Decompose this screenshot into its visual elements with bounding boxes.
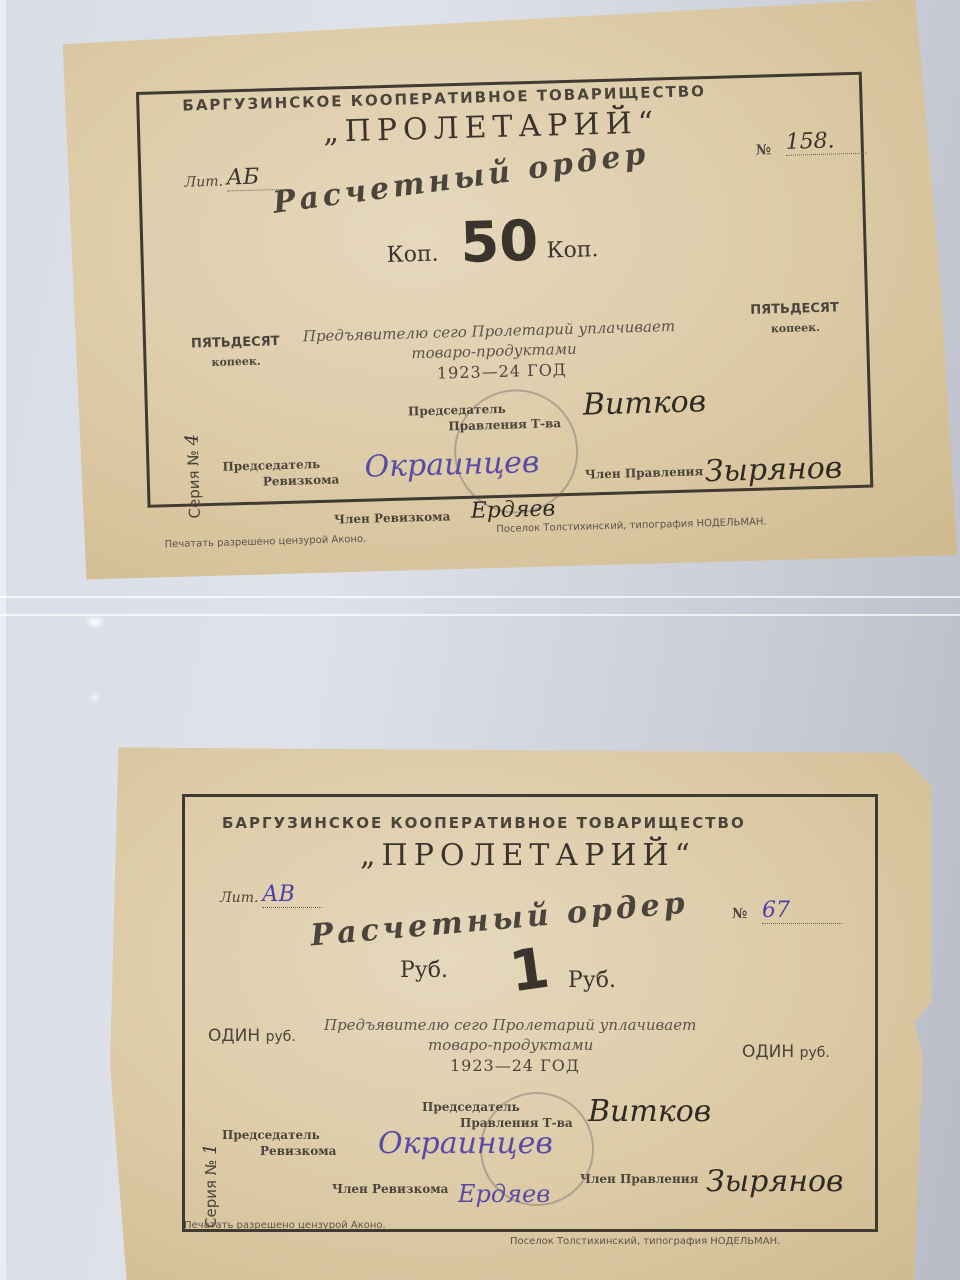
amount-words-left: ОДИН руб.: [208, 1026, 296, 1046]
signature-chairman-board: Витков: [582, 384, 706, 422]
promise-text-line1: Предъявителю сего Пролетарий уплачивает: [324, 1016, 696, 1034]
series-label-text: Серия №: [184, 450, 204, 519]
lit-label: Лит.: [220, 890, 258, 906]
promise-text-line2: товаро-продуктами: [428, 1036, 593, 1054]
amount-unit-right: руб.: [800, 1045, 830, 1061]
denomination-unit-left: Руб.: [400, 958, 448, 983]
lit-label: Лит.: [184, 174, 223, 191]
signature-board-member: Зырянов: [706, 1164, 843, 1199]
denomination-unit-right: Руб.: [568, 968, 616, 993]
audit-member-label: Член Ревизкома: [332, 1182, 448, 1196]
year: 1923—24 ГОД: [437, 360, 567, 383]
amount-words-left-text: ОДИН: [208, 1026, 260, 1046]
amount-words-right-text: ОДИН: [742, 1042, 794, 1062]
signature-chairman-audit: Окраинцев: [378, 1126, 553, 1161]
signature-board-member: Зырянов: [704, 450, 842, 489]
series-value: 4: [182, 434, 203, 446]
number-label: №: [756, 142, 772, 158]
censor-note: Печатать разрешено цензурой Аконо.: [184, 1220, 386, 1231]
serial-number: 158.: [785, 128, 866, 156]
chairman-audit-label-2: Ревизкома: [260, 1144, 336, 1158]
amount-words-left: ПЯТЬДЕСЯТ: [191, 334, 280, 351]
series-value: 1: [200, 1143, 221, 1154]
year: 1923—24 ГОД: [450, 1056, 580, 1075]
board-member-label: Член Правления: [580, 1172, 699, 1186]
denomination-unit-left: Коп.: [386, 242, 439, 268]
series-label-text: Серия №: [202, 1160, 220, 1228]
amount-words-right: ПЯТЬДЕСЯТ: [750, 300, 839, 317]
number-label: №: [732, 906, 747, 922]
light-glare: [88, 618, 102, 626]
series-label: Серия № 4: [182, 434, 205, 519]
series-label: Серия № 1: [200, 1143, 221, 1228]
amount-unit-left: копеек.: [211, 355, 260, 369]
signature-audit-member: Ердяев: [470, 496, 555, 523]
denomination-unit-right: Коп.: [546, 237, 599, 263]
organization-name: БАРГУЗИНСКОЕ КООПЕРАТИВНОЕ ТОВАРИЩЕСТВО: [222, 814, 746, 832]
chairman-audit-label-2: Ревизкома: [263, 472, 340, 488]
censor-note: Печатать разрешено цензурой Аконо.: [164, 534, 366, 551]
sleeve-seam-top: [0, 596, 960, 598]
lit-value: АВ: [262, 882, 322, 908]
chairman-board-label-1: Председатель: [408, 402, 506, 419]
printer-note: Поселок Толстихинский, типография НОДЕЛЬ…: [510, 1236, 780, 1247]
signature-audit-member: Ердяев: [458, 1180, 550, 1208]
denomination-value: 50: [459, 209, 539, 276]
album-sleeve-edge: [0, 0, 6, 1280]
chairman-audit-label-1: Председатель: [222, 1128, 320, 1142]
chairman-audit-label-1: Председатель: [222, 457, 320, 474]
serial-number: 67: [762, 898, 842, 924]
banknote-1-ruble: БАРГУЗИНСКОЕ КООПЕРАТИВНОЕ ТОВАРИЩЕСТВО …: [110, 742, 948, 1280]
amount-unit-right: копеек.: [771, 321, 820, 335]
audit-member-label: Член Ревизкома: [334, 509, 451, 526]
cooperative-name: „ПРОЛЕТАРИЙ“: [360, 838, 696, 873]
light-glare: [92, 695, 98, 701]
amount-unit-left: руб.: [266, 1029, 296, 1045]
signature-chairman-board: Витков: [588, 1094, 711, 1129]
banknote-50-kopeks: БАРГУЗИНСКОЕ КООПЕРАТИВНОЕ ТОВАРИЩЕСТВО …: [62, 0, 957, 580]
sleeve-seam-bottom: [0, 614, 960, 616]
signature-chairman-audit: Окраинцев: [364, 445, 540, 485]
amount-words-right: ОДИН руб.: [742, 1042, 830, 1062]
chairman-board-label-1: Председатель: [422, 1100, 520, 1114]
